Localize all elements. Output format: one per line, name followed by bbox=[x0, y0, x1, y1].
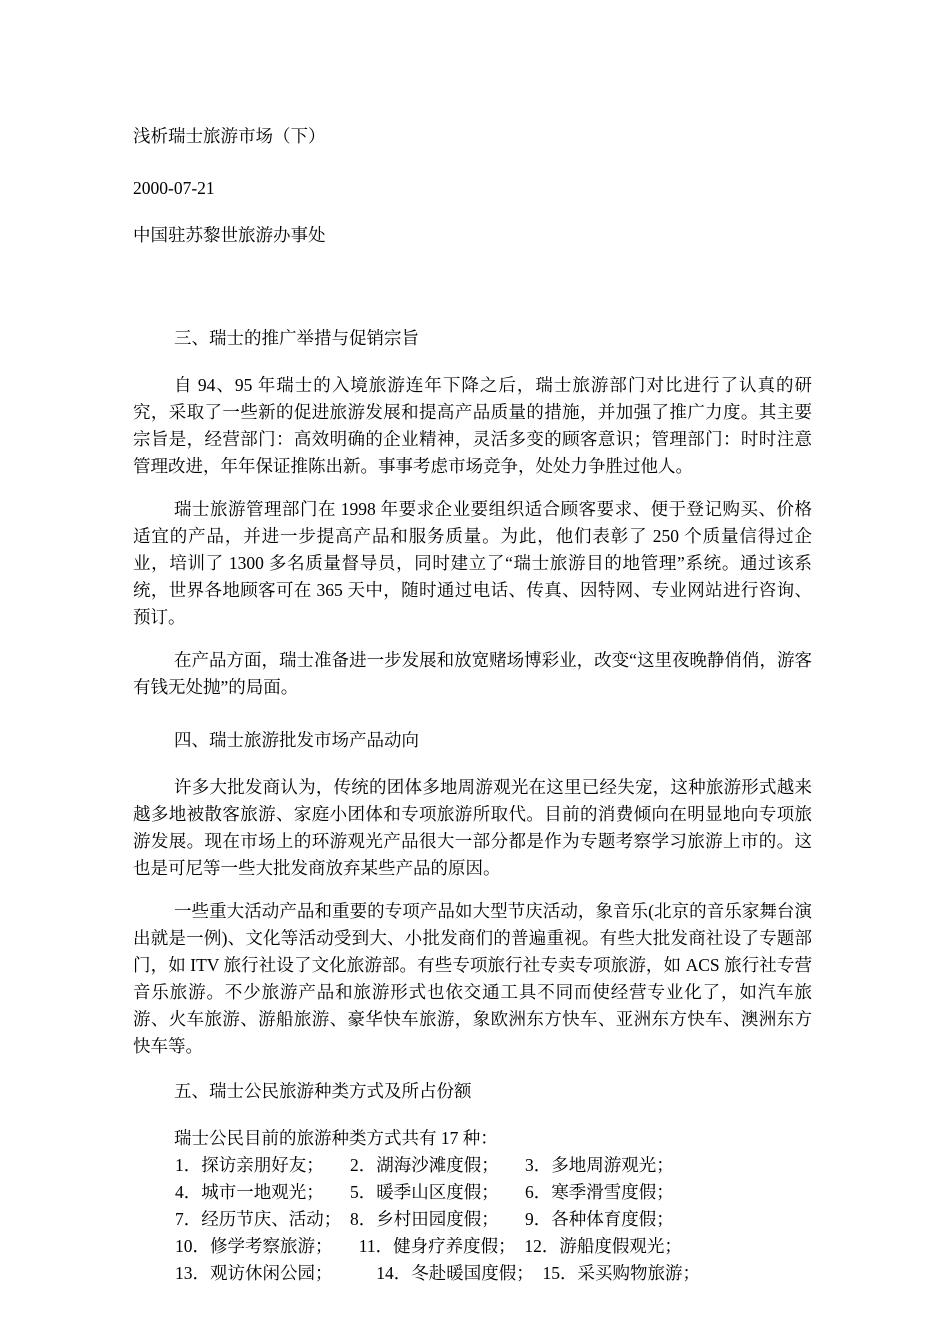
section-heading-3: 三、瑞士的推广举措与促销宗旨 bbox=[133, 325, 812, 352]
body-paragraph: 一些重大活动产品和重要的专项产品如大型节庆活动，象音乐(北京的音乐家舞台演出就是… bbox=[133, 898, 812, 1060]
section-heading-4: 四、瑞士旅游批发市场产品动向 bbox=[133, 727, 812, 754]
doc-source-org: 中国驻苏黎世旅游办事处 bbox=[133, 222, 812, 249]
body-paragraph: 自 94、95 年瑞士的入境旅游连年下降之后，瑞士旅游部门对比进行了认真的研究，… bbox=[133, 372, 812, 480]
tour-type-row: 10．修学考察旅游； 11．健身疗养度假； 12．游船度假观光； bbox=[133, 1233, 812, 1260]
tour-type-row: 4．城市一地观光； 5．暖季山区度假； 6．寒季滑雪度假； bbox=[133, 1179, 812, 1206]
document-content: 浅析瑞士旅游市场（下） 2000-07-21 中国驻苏黎世旅游办事处 三、瑞士的… bbox=[0, 0, 950, 1287]
tour-type-row: 1．探访亲朋好友； 2．湖海沙滩度假； 3．多地周游观光； bbox=[133, 1152, 812, 1179]
body-paragraph: 在产品方面，瑞士准备进一步发展和放宽赌场博彩业，改变“这里夜晚静俏俏，游客有钱无… bbox=[133, 647, 812, 701]
section-heading-5: 五、瑞士公民旅游种类方式及所占份额 bbox=[133, 1078, 812, 1105]
tour-type-row: 13．观访休闲公园； 14．冬赴暖国度假； 15．采买购物旅游； bbox=[133, 1260, 812, 1287]
doc-date: 2000-07-21 bbox=[133, 175, 812, 202]
body-paragraph: 许多大批发商认为，传统的团体多地周游观光在这里已经失宠，这种旅游形式越来越多地被… bbox=[133, 774, 812, 882]
doc-title: 浅析瑞士旅游市场（下） bbox=[133, 123, 812, 150]
tour-types-intro: 瑞士公民目前的旅游种类方式共有 17 种： bbox=[133, 1125, 812, 1152]
document-page: 浅析瑞士旅游市场（下） 2000-07-21 中国驻苏黎世旅游办事处 三、瑞士的… bbox=[0, 0, 950, 1344]
tour-type-row: 7．经历节庆、活动； 8．乡村田园度假； 9．各种体育度假； bbox=[133, 1206, 812, 1233]
body-paragraph: 瑞士旅游管理部门在 1998 年要求企业要组织适合顾客要求、便于登记购买、价格适… bbox=[133, 496, 812, 631]
